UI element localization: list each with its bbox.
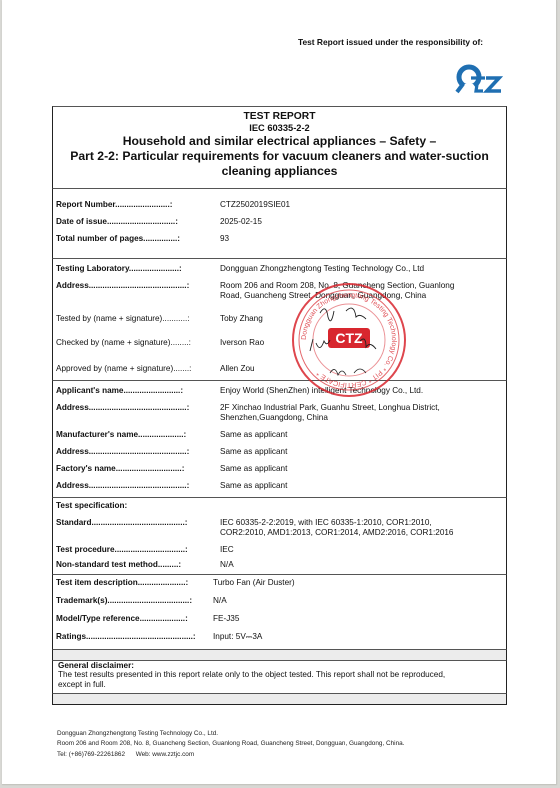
total-pages-label: Total number of pages...............:	[56, 234, 180, 245]
report-page: Test Report issued under the responsibil…	[2, 0, 557, 784]
disclaimer-title: General disclaimer:	[58, 661, 506, 670]
test-item-description-label: Test item description...................…	[56, 578, 188, 589]
standard-line1: IEC 60335-2-2:2019, with IEC 60335-1:201…	[220, 518, 432, 529]
ratings-value: Input: 5V⎓3A	[213, 632, 262, 643]
test-procedure-label: Test procedure..........................…	[56, 545, 188, 556]
standard-line2: COR2:2010, AMD1:2013, COR1:2014, AMD2:20…	[220, 528, 453, 539]
manufacturer-name-value: Same as applicant	[220, 430, 287, 441]
tested-by-value: Toby Zhang	[220, 314, 263, 325]
footer-web: Web: www.zztjc.com	[136, 751, 194, 758]
test-item-description-value: Turbo Fan (Air Duster)	[213, 578, 295, 589]
approved-by-value: Allen Zou	[220, 364, 255, 375]
disclaimer-text: The test results presented in this repor…	[58, 670, 506, 680]
applicant-address-line1: 2F Xinchao Industrial Park, Guanhu Stree…	[220, 403, 440, 414]
factory-address-value: Same as applicant	[220, 481, 287, 492]
lab-address-label: Address.................................…	[56, 281, 189, 292]
disclaimer-text-cont: except in full.	[58, 680, 506, 690]
report-number-value: CTZ2502019SIE01	[220, 200, 290, 211]
manufacturer-address-label: Address.................................…	[56, 447, 189, 458]
non-standard-method-value: N/A	[220, 560, 234, 571]
testing-laboratory-label: Testing Laboratory......................…	[56, 264, 182, 275]
testing-laboratory-value: Dongguan Zhongzhengtong Testing Technolo…	[220, 264, 424, 275]
test-specification-section: Test specification: Standard............…	[52, 497, 507, 574]
footer-tel: Tel: (+86)769-22261862	[57, 751, 125, 758]
issued-by-text: Test Report issued under the responsibil…	[298, 37, 483, 47]
date-of-issue-value: 2025-02-15	[220, 217, 262, 228]
non-standard-method-label: Non-standard test method.........:	[56, 560, 181, 571]
date-of-issue-label: Date of issue...........................…	[56, 217, 178, 228]
report-info-section: Report Number........................: C…	[52, 189, 507, 258]
trademark-label: Trademark(s)............................…	[56, 596, 192, 607]
page-footer: Dongguan Zhongzhengtong Testing Technolo…	[57, 729, 404, 760]
test-specification-heading: Test specification:	[56, 501, 127, 512]
factory-address-label: Address.................................…	[56, 481, 189, 492]
model-reference-label: Model/Type reference....................…	[56, 614, 188, 625]
test-item-section: Test item description...................…	[52, 574, 507, 649]
title-block: TEST REPORT IEC 60335-2-2 Household and …	[52, 106, 507, 189]
report-number-label: Report Number........................:	[56, 200, 172, 211]
section-spacer-bottom	[52, 693, 507, 705]
certificate-stamp-icon: Dongguan Zhongzhengtong Testing Technolo…	[290, 281, 408, 399]
standard-code: IEC 60335-2-2	[53, 123, 506, 134]
model-reference-value: FE-J35	[213, 614, 239, 625]
tested-by-label: Tested by (name + signature)...........:	[56, 314, 190, 325]
ratings-voltage: Input: 5V	[213, 632, 246, 641]
svg-text:CTZ: CTZ	[335, 330, 363, 346]
total-pages-value: 93	[220, 234, 229, 245]
ctz-logo-icon	[455, 64, 503, 94]
ratings-label: Ratings.................................…	[56, 632, 196, 643]
approved-by-label: Approved by (name + signature).......:	[56, 364, 191, 375]
title-line: Part 2-2: Particular requirements for va…	[53, 149, 506, 164]
laboratory-section: Testing Laboratory......................…	[52, 258, 507, 380]
applicant-address-label: Address.................................…	[56, 403, 189, 414]
factory-name-value: Same as applicant	[220, 464, 287, 475]
checked-by-label: Checked by (name + signature)........:	[56, 338, 191, 349]
title-line: Household and similar electrical applian…	[53, 134, 506, 149]
report-heading: TEST REPORT	[53, 110, 506, 123]
standard-label: Standard................................…	[56, 518, 187, 529]
applicant-address-line2: Shenzhen,Guangdong, China	[220, 413, 328, 424]
manufacturer-name-label: Manufacturer's name....................:	[56, 430, 186, 441]
footer-address: Room 206 and Room 208, No. 8, Guancheng …	[57, 739, 404, 749]
trademark-value: N/A	[213, 596, 227, 607]
section-spacer	[52, 649, 507, 660]
title-line: cleaning appliances	[53, 164, 506, 179]
disclaimer-section: General disclaimer: The test results pre…	[52, 660, 507, 693]
footer-contact: Tel: (+86)769-22261862 Web: www.zztjc.co…	[57, 750, 404, 760]
manufacturer-address-value: Same as applicant	[220, 447, 287, 458]
applicant-section: Applicant's name........................…	[52, 380, 507, 497]
ratings-current: 3A	[252, 632, 262, 641]
test-procedure-value: IEC	[220, 545, 234, 556]
factory-name-label: Factory's name..........................…	[56, 464, 184, 475]
applicant-name-label: Applicant's name........................…	[56, 386, 183, 397]
checked-by-value: Iverson Rao	[220, 338, 264, 349]
footer-company: Dongguan Zhongzhengtong Testing Technolo…	[57, 729, 404, 739]
